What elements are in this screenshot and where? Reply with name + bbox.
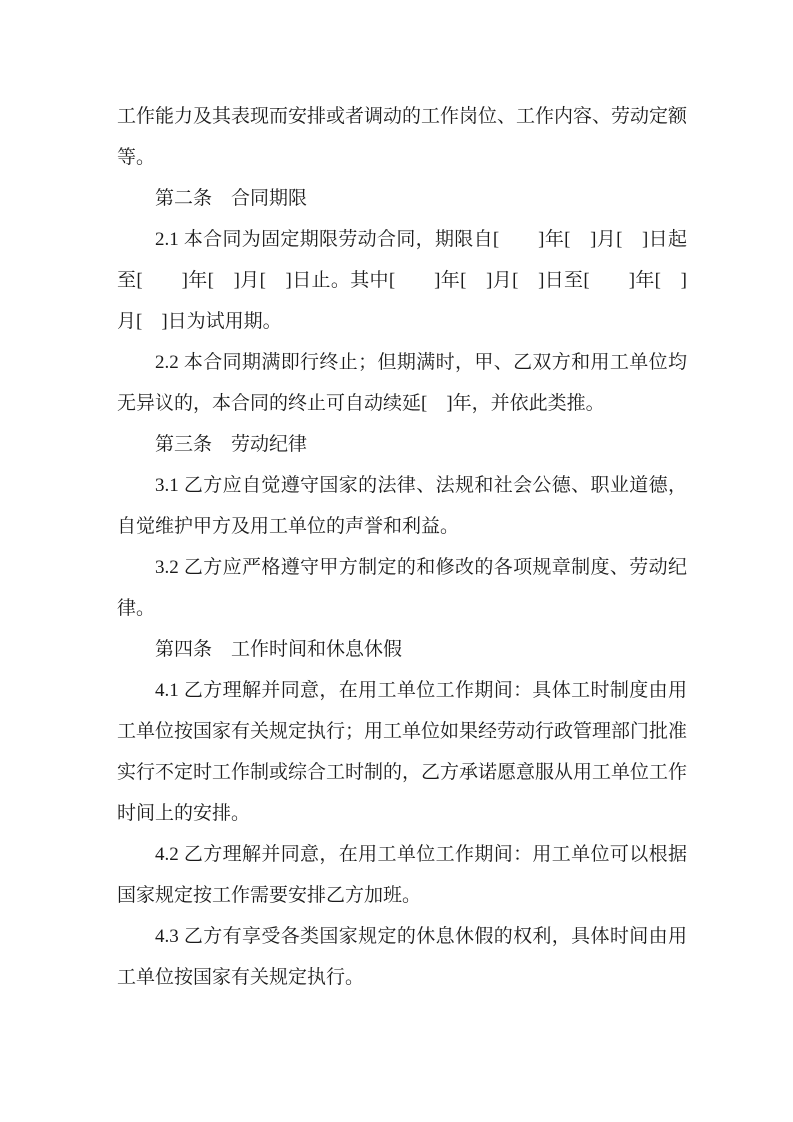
article-4-heading: 第四条 工作时间和休息休假	[117, 629, 687, 670]
clause-3-1: 3.1 乙方应自觉遵守国家的法律、法规和社会公德、职业道德，自觉维护甲方及用工单…	[117, 465, 687, 547]
clause-2-1: 2.1 本合同为固定期限劳动合同，期限自[ ]年[ ]月[ ]日起至[ ]年[ …	[117, 219, 687, 342]
clause-continuation-text: 工作能力及其表现而安排或者调动的工作岗位、工作内容、劳动定额等。	[117, 96, 687, 178]
article-3-heading: 第三条 劳动纪律	[117, 424, 687, 465]
clause-4-2: 4.2 乙方理解并同意，在用工单位工作期间：用工单位可以根据国家规定按工作需要安…	[117, 834, 687, 916]
clause-4-3: 4.3 乙方有享受各类国家规定的休息休假的权利，具体时间由用工单位按国家有关规定…	[117, 916, 687, 998]
clause-4-1: 4.1 乙方理解并同意，在用工单位工作期间：具体工时制度由用工单位按国家有关规定…	[117, 670, 687, 834]
article-2-heading: 第二条 合同期限	[117, 178, 687, 219]
clause-2-2: 2.2 本合同期满即行终止；但期满时，甲、乙双方和用工单位均无异议的，本合同的终…	[117, 342, 687, 424]
contract-document-page: 工作能力及其表现而安排或者调动的工作岗位、工作内容、劳动定额等。 第二条 合同期…	[0, 0, 793, 1122]
clause-3-2: 3.2 乙方应严格遵守甲方制定的和修改的各项规章制度、劳动纪律。	[117, 547, 687, 629]
